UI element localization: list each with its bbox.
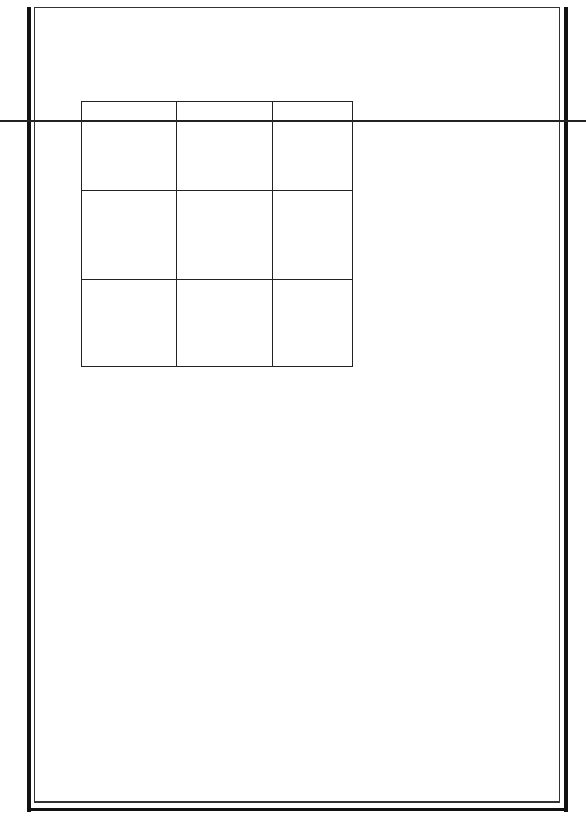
body-column-lidong (252, 412, 276, 436)
page-border-right (564, 7, 568, 812)
body-column-liqiu (144, 412, 168, 436)
cell-dongzhi (177, 280, 273, 366)
page-border-left (27, 7, 31, 812)
cell-lichun (82, 280, 177, 366)
cell-lidong (273, 280, 352, 366)
cell-qiufen (273, 191, 352, 280)
cell-liqiu (273, 102, 352, 191)
cell-xiazhi (177, 102, 273, 191)
cell-lixia (82, 102, 177, 191)
body-column-lichun (216, 412, 240, 436)
page-border-bottom (27, 808, 568, 811)
cell-chunfen (82, 191, 177, 280)
cell-center (177, 191, 273, 280)
eight-festivals-table (81, 101, 353, 367)
body-column-lixia (180, 412, 204, 436)
